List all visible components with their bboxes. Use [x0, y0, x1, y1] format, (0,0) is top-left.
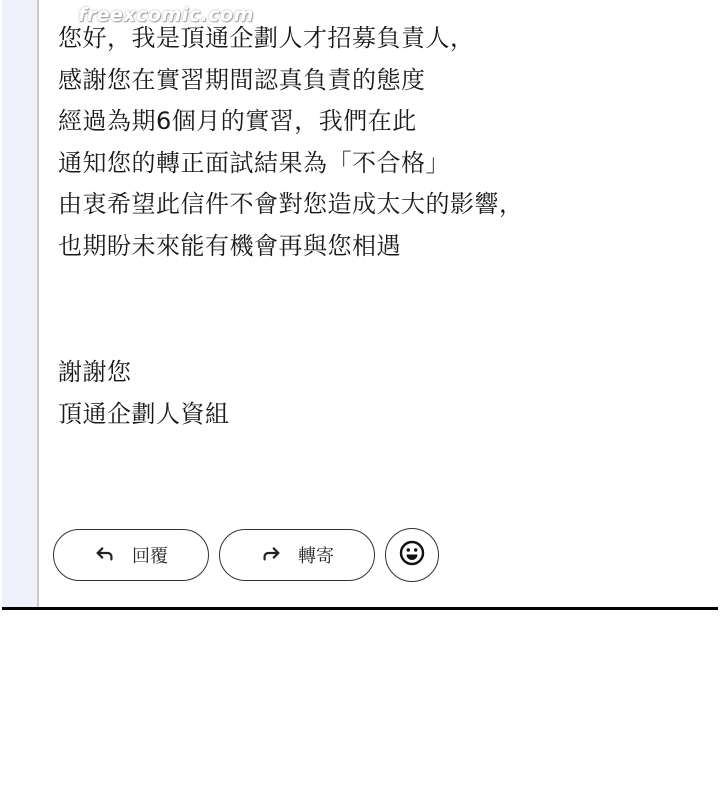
forward-label: 轉寄: [298, 542, 334, 568]
forward-arrow-icon: [260, 542, 282, 568]
email-body-line: 經過為期6個月的實習，我們在此: [58, 101, 524, 143]
email-body-line: 您好，我是頂通企劃人才招募負責人，: [58, 18, 524, 60]
signature-line: 頂通企劃人資組: [58, 394, 230, 436]
email-body-line: 由衷希望此信件不會對您造成太大的影響，: [58, 184, 524, 226]
divider-line: [2, 607, 718, 610]
emoji-reaction-button[interactable]: [385, 528, 439, 582]
email-signature: 謝謝您 頂通企劃人資組: [58, 352, 230, 435]
reply-label: 回覆: [132, 542, 168, 568]
left-sidebar: [2, 0, 39, 608]
smiley-icon: [399, 540, 425, 570]
email-body: 您好，我是頂通企劃人才招募負責人， 感謝您在實習期間認真負責的態度 經過為期6個…: [58, 18, 524, 267]
email-body-line: 通知您的轉正面試結果為「不合格」: [58, 143, 524, 185]
reply-arrow-icon: [94, 542, 116, 568]
email-actions: 回覆 轉寄: [53, 528, 439, 582]
email-body-line: 感謝您在實習期間認真負責的態度: [58, 60, 524, 102]
reply-button[interactable]: 回覆: [53, 529, 209, 581]
forward-button[interactable]: 轉寄: [219, 529, 375, 581]
email-body-line: 也期盼未來能有機會再與您相遇: [58, 226, 524, 268]
signature-line: 謝謝您: [58, 352, 230, 394]
